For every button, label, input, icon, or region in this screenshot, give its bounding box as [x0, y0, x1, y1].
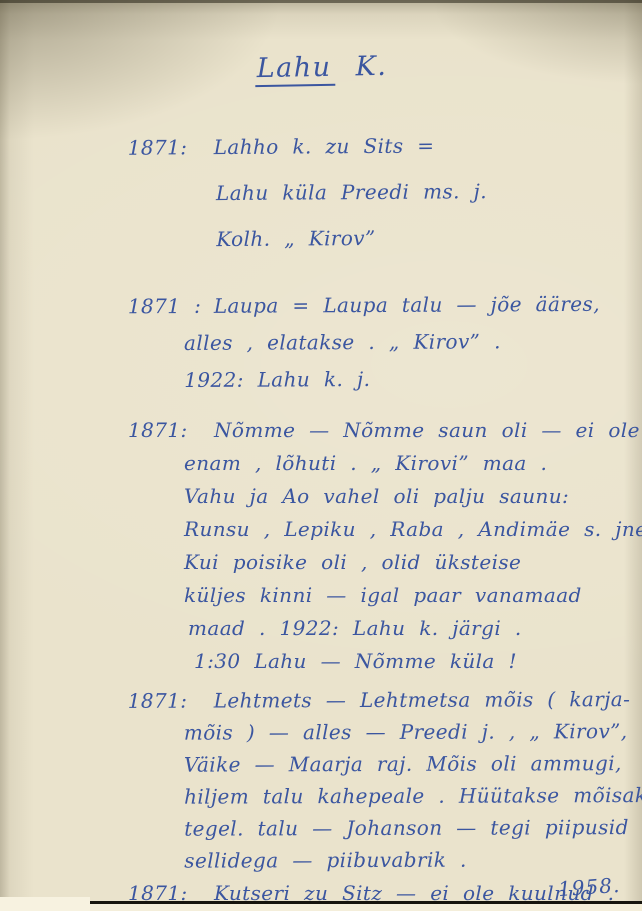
- page-title: Lahu K.: [0, 46, 642, 88]
- handwritten-line: sellidega — piibuvabrik .: [184, 843, 642, 877]
- entry-year: 1871:: [128, 414, 214, 447]
- entry: 1871 :Laupa = Laupa talu — jõe ääres,all…: [128, 286, 615, 400]
- entry-lines: Lahho k. zu Sits =Lahu küla Preedi ms. j…: [214, 121, 615, 262]
- handwritten-line: Runsu , Lepiku , Raba , Andimäe s. jne.: [184, 513, 642, 546]
- handwritten-line: maad . 1922: Lahu k. järgi .: [188, 612, 642, 645]
- handwritten-line: Vahu ja Ao vahel oli palju saunu:: [184, 480, 642, 513]
- scan-edge-bottom-light: [0, 904, 642, 911]
- handwritten-line: 1922: Lahu k. j.: [184, 360, 614, 399]
- handwritten-line: küljes kinni — igal paar vanamaad: [184, 579, 642, 612]
- handwritten-line: enam , lõhuti . „ Kirovi” maa .: [184, 447, 642, 480]
- entry: 1871:Lahho k. zu Sits =Lahu küla Preedi …: [128, 121, 615, 262]
- title-underlined-word: Lahu: [254, 52, 335, 87]
- entry-year: 1871:: [128, 124, 214, 171]
- handwritten-line: Laupa = Laupa talu — jõe ääres,: [214, 286, 614, 325]
- handwritten-line: alles , elatakse . „ Kirov” .: [184, 323, 614, 362]
- handwritten-line: Kui poisike oli , olid üksteise: [184, 546, 642, 579]
- handwritten-line: Lehtmets — Lehtmetsa mõis ( karja-: [214, 683, 642, 717]
- entry: 1871:Lehtmets — Lehtmetsa mõis ( karja-m…: [128, 683, 615, 877]
- handwritten-line: 1:30 Lahu — Nõmme küla !: [194, 645, 642, 678]
- entry-lines: Laupa = Laupa talu — jõe ääres,alles , e…: [214, 286, 615, 399]
- entry-lines: Nõmme — Nõmme saun oli — ei oleenam , lõ…: [214, 414, 642, 678]
- entry: 1871:Nõmme — Nõmme saun oli — ei oleenam…: [128, 414, 614, 678]
- handwritten-line: hiljem talu kahepeale . Hüütakse mõisaks…: [184, 779, 642, 813]
- entry-lines: Lehtmets — Lehtmetsa mõis ( karja-mõis )…: [214, 683, 642, 877]
- scan-edge-top: [0, 0, 642, 3]
- entry-year: 1871:: [128, 685, 214, 717]
- title-suffix: K.: [335, 51, 387, 83]
- scan-corner-bottom-left: [0, 897, 90, 911]
- handwritten-entries: 1871:Lahho k. zu Sits =Lahu küla Preedi …: [128, 123, 614, 908]
- scanned-page: Lahu K. 1871:Lahho k. zu Sits =Lahu küla…: [0, 0, 642, 911]
- handwritten-line: mõis ) — alles — Preedi j. , „ Kirov”,: [184, 715, 642, 749]
- footer-year: 1958.: [557, 873, 621, 901]
- handwritten-line: Lahu küla Preedi ms. j.: [216, 167, 614, 216]
- handwritten-line: Nõmme — Nõmme saun oli — ei ole: [214, 414, 642, 447]
- entry-year: 1871 :: [128, 288, 214, 325]
- handwritten-line: Kolh. „ Kirov”: [216, 213, 614, 262]
- handwritten-line: tegel. talu — Johanson — tegi piipusid: [184, 811, 642, 845]
- handwritten-line: Lahho k. zu Sits =: [214, 121, 614, 170]
- handwritten-line: Väike — Maarja raj. Mõis oli ammugi,: [184, 747, 642, 781]
